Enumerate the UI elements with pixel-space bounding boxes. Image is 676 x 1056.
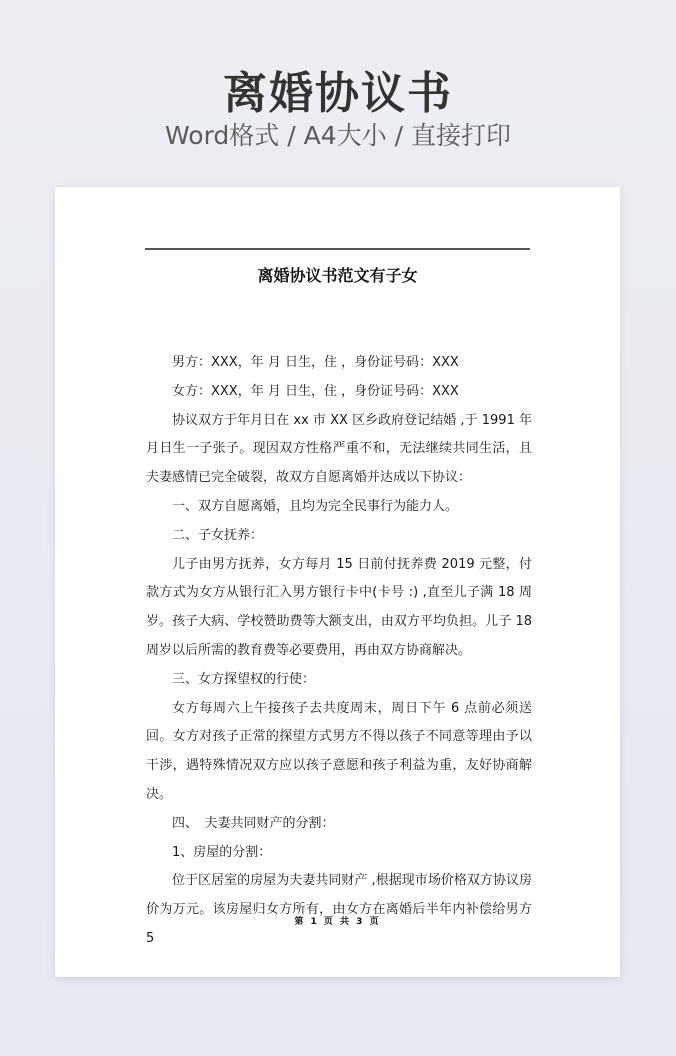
clause-4-1-body: 位于区居室的房屋为夫妻共同财产 ,根据现市场价格双方协议房价为万元。该房屋归女方… [146,867,532,953]
clause-2-heading: 二、子女抚养： [146,522,532,551]
document-page: 离婚协议书范文有子女 男方：XXX，年 月 日生，住 ，身份证号码：XXX 女方… [55,187,620,977]
header-rule [145,248,530,250]
clause-4-1-heading: 1、房屋的分割： [146,839,532,868]
clause-3-heading: 三、女方探望权的行使： [146,666,532,695]
clause-1: 一、双方自愿离婚，且均为完全民事行为能力人。 [146,493,532,522]
document-title: 离婚协议书范文有子女 [55,265,620,287]
clause-2-body: 儿子由男方抚养，女方每月 15 日前付抚养费 2019 元整，付款方式为女方从银… [146,551,532,666]
document-body: 男方：XXX，年 月 日生，住 ，身份证号码：XXX 女方：XXX，年 月 日生… [146,349,532,954]
main-title: 离婚协议书 [0,66,676,122]
page-number: 第 1 页 共 3 页 [55,914,620,927]
paragraph-background: 协议双方于年月日在 xx 市 XX 区乡政府登记结婚 ,于 1991 年月日生一… [146,407,532,493]
clause-3-body: 女方每周六上午接孩子去共度周末，周日下午 6 点前必须送回。女方对孩子正常的探望… [146,695,532,810]
paragraph-male-party: 男方：XXX，年 月 日生，住 ，身份证号码：XXX [146,349,532,378]
sub-title: Word格式 / A4大小 / 直接打印 [0,118,676,154]
paragraph-female-party: 女方：XXX，年 月 日生，住 ，身份证号码：XXX [146,378,532,407]
clause-4-heading: 四、 夫妻共同财产的分割： [146,810,532,839]
